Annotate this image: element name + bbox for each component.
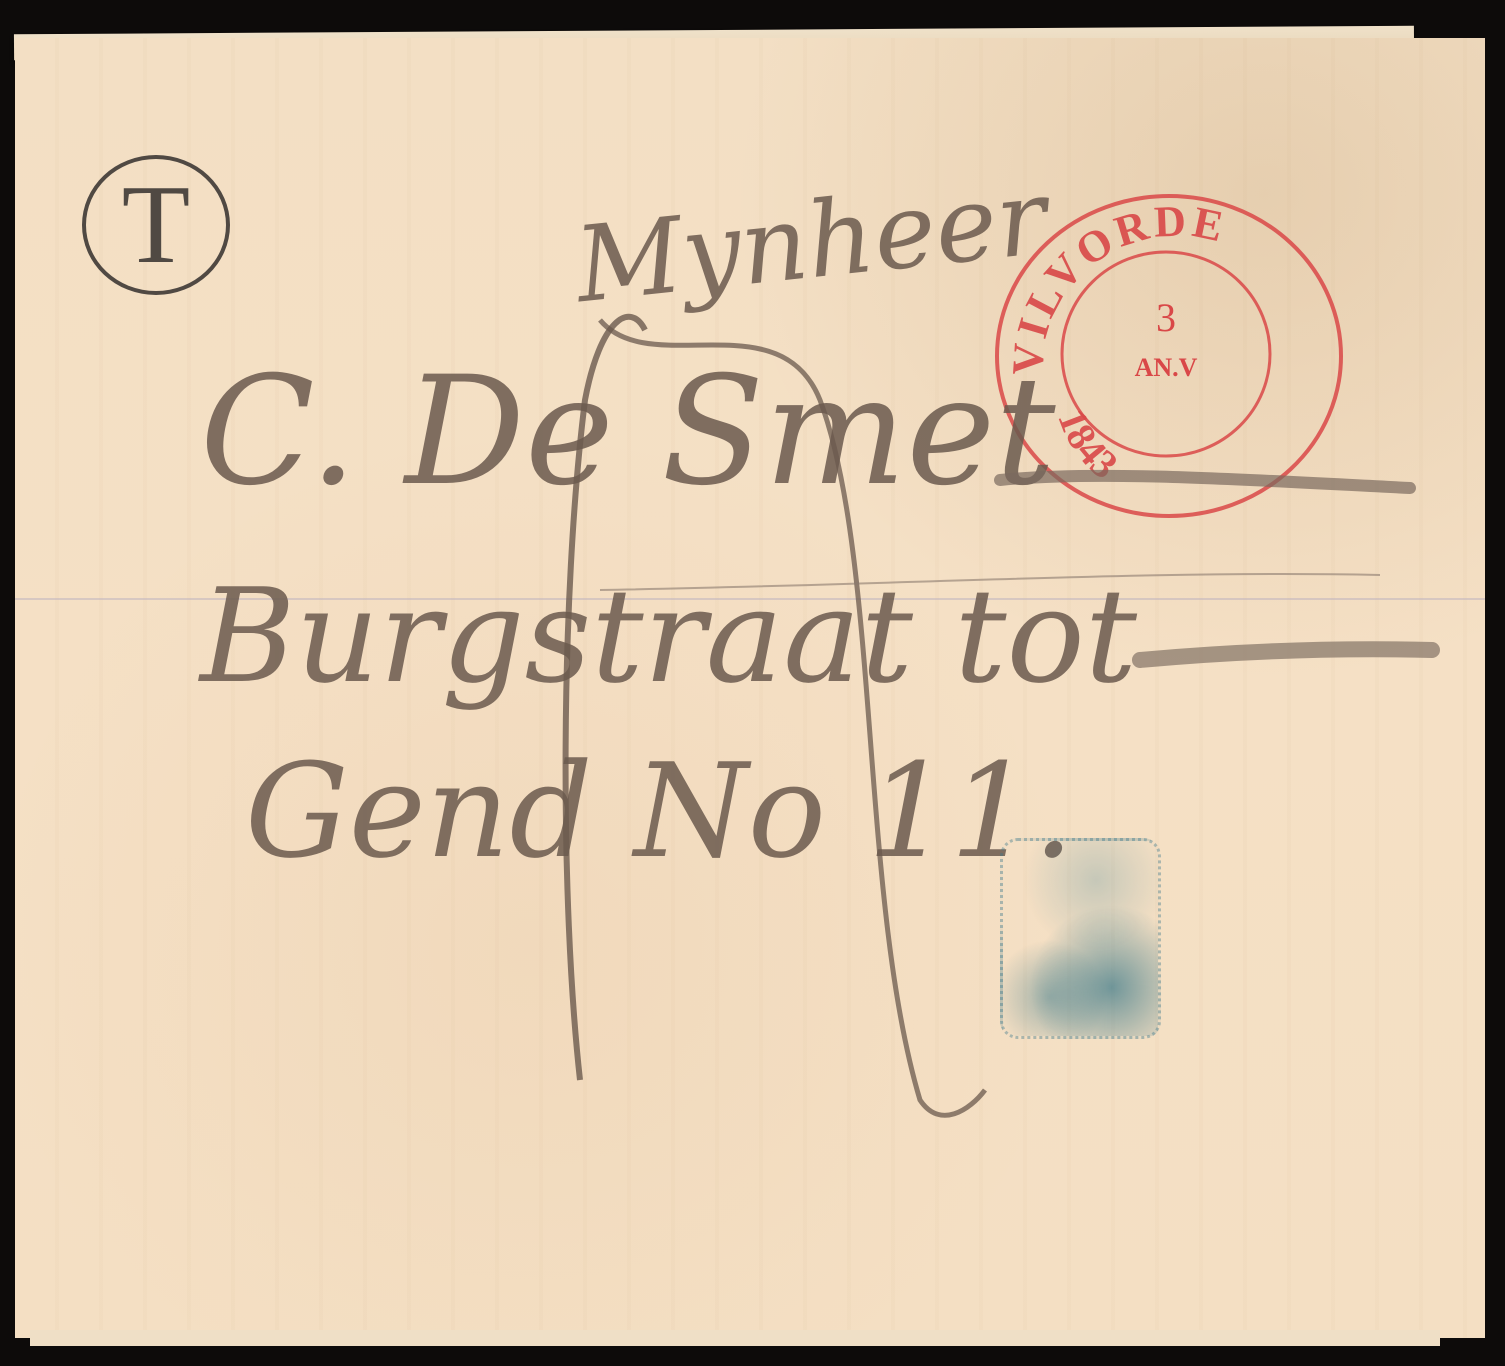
tax-t-stamp: T xyxy=(82,155,230,295)
svg-text:1843: 1843 xyxy=(1049,403,1126,487)
tax-stamp-letter: T xyxy=(122,161,190,290)
postmark-month: AN.V xyxy=(1135,353,1198,382)
bottom-flap xyxy=(30,1330,1440,1346)
address-street: Burgstraat tot xyxy=(200,560,1137,712)
postmark-year: 1843 xyxy=(1049,403,1126,487)
postmark-day: 3 xyxy=(1156,295,1176,340)
address-city: Gend No 11. xyxy=(245,735,1074,887)
address-name: C. De Smet xyxy=(200,345,1056,519)
blue-handstamp xyxy=(1000,838,1161,1039)
